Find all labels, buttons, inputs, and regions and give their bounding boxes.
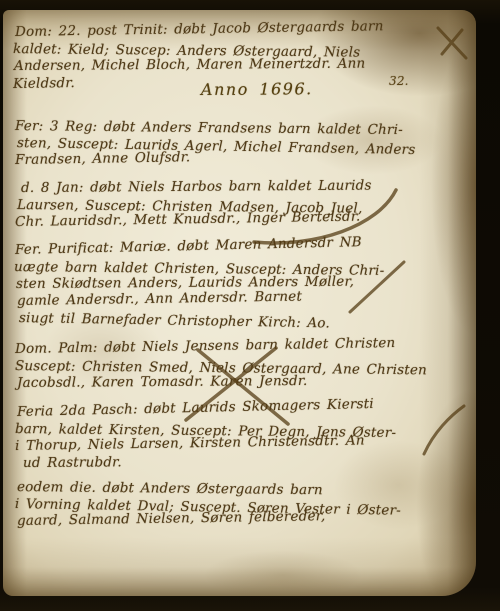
manuscript-line: Frandsen, Anne Olufsdr. bbox=[15, 149, 191, 168]
manuscript-line: sten Skiødtsen Anders, Laurids Anders Mø… bbox=[16, 274, 354, 292]
manuscript-line: ud Rastrubdr. bbox=[23, 454, 122, 471]
manuscript-line: Kieldsdr. bbox=[13, 75, 75, 92]
manuscript-line: gaard, Salmand Nielsen, Søren felbereder… bbox=[17, 508, 326, 529]
manuscript-line: Dom. Palm: døbt Niels Jensens barn kalde… bbox=[15, 335, 396, 357]
manuscript-line: d. 8 Jan: døbt Niels Harbos barn kaldet … bbox=[21, 178, 372, 196]
manuscript-line: Feria 2da Pasch: døbt Laurids Skomagers … bbox=[17, 396, 374, 420]
manuscript-line: siugt til Barnefader Christopher Kirch: … bbox=[19, 310, 330, 331]
manuscript-line: Dom: 22. post Trinit: døbt Jacob Østerga… bbox=[15, 18, 384, 40]
photo-frame: Dom: 22. post Trinit: døbt Jacob Østerga… bbox=[0, 0, 500, 611]
paper-stain bbox=[203, 550, 363, 600]
manuscript-line: eodem die. døbt Anders Østergaards barn bbox=[17, 479, 323, 498]
manuscript-page: Dom: 22. post Trinit: døbt Jacob Østerga… bbox=[3, 10, 476, 596]
page-number: 32. bbox=[389, 74, 409, 88]
manuscript-line: gamle Andersdr., Ann Andersdr. Barnet bbox=[17, 289, 302, 309]
year-heading: Anno 1696. bbox=[201, 79, 313, 99]
manuscript-line: Jacobsdl., Karen Tomasdr. Karen Jensdr. bbox=[17, 373, 308, 391]
manuscript-line: Fer. Purificat: Mariæ. døbt Maren Anders… bbox=[15, 234, 362, 258]
manuscript-line: Andersen, Michel Bloch, Maren Meinertzdr… bbox=[14, 56, 365, 74]
